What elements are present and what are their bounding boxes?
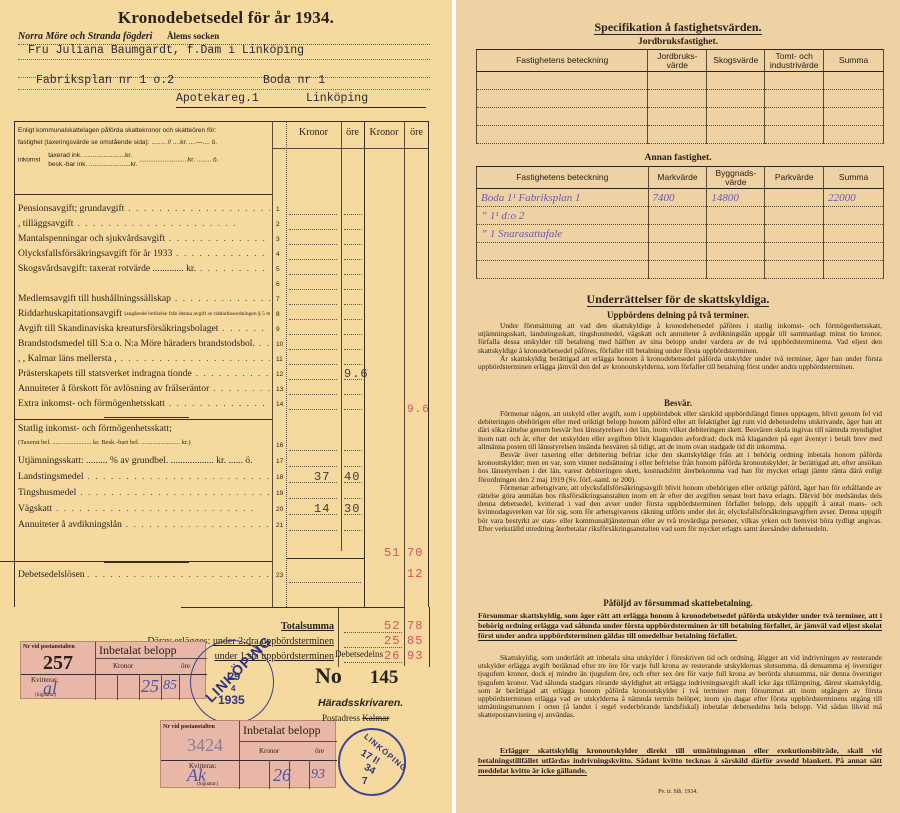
col-designation: Fastighetens beteckning (477, 167, 649, 189)
item-label: Mantalspenningar och sjukvårdsavgift (18, 233, 165, 244)
taxpayer-name: Fru Juliana Baumgardt, f.Dam i Linköping (18, 44, 430, 60)
item-ore: 40 (344, 470, 360, 484)
item-number: 21 (276, 522, 286, 529)
item-label: Riddarhuskapitationsavgift (18, 308, 122, 319)
paragraph: Förmenar någon, att utskyld eller avgift… (478, 410, 882, 451)
address-line-2: Apotekareg.1 Linköping (176, 92, 426, 108)
item-row: Landstingsmedel . . . . . . . . . . . . … (18, 471, 270, 486)
subtotal-1: 9.6 (407, 404, 430, 416)
address-city: Linköping (306, 92, 368, 105)
slip-post-no-label: Nr vid postanstalten (23, 644, 75, 650)
item-number: 8 (276, 311, 286, 318)
item-row: Olycksfallsförsäkringsavgift för år 1933… (18, 248, 270, 263)
col-land-value: Markvärde (648, 167, 707, 189)
slip-amount-kronor: 25 (141, 676, 159, 697)
item-row: Annuiteter å avdikningslån . . . . . . .… (18, 519, 270, 534)
preamble-income: inkomst taxerad ink. ...................… (18, 151, 270, 169)
table-cell (824, 90, 884, 108)
table-cell (824, 261, 884, 279)
table-cell (648, 261, 707, 279)
table-cell (824, 72, 884, 90)
col-designation: Fastighetens beteckning (477, 50, 648, 72)
item-label: Avgift till Skandinaviska kreatursförsäk… (18, 323, 218, 334)
section-penalty-bold: Försummar skattskyldig, som äger rätt at… (478, 611, 882, 642)
income-tail: ...........................kr. ........ … (139, 157, 218, 164)
item-kronor: 14 (314, 502, 330, 516)
totalsumma-text: Totalsumma (281, 621, 334, 632)
table-cell (477, 108, 648, 126)
item-row: Skogsvårdsavgift: taxerat rotvärde .....… (18, 263, 270, 278)
table-cell (648, 126, 707, 144)
item-row: Utjämningsskatt: ......... % av grundbel… (18, 455, 270, 470)
item-label: Brandstodsmedel till S:a o. N:a Möre här… (18, 338, 255, 349)
item-number: 1 (276, 206, 286, 213)
slip-kronor-label: Kronor (259, 747, 279, 755)
preamble: Enligt kommunalskattelagen påförda skatt… (18, 125, 270, 169)
item-label: Prästerskapets till statsverket indragna… (18, 368, 192, 379)
income-label: inkomst (18, 157, 40, 164)
debetsedel-caption: Debetsedelns (335, 649, 383, 659)
item-number: 9 (276, 326, 286, 333)
printer-footer: Pv. tr. Sth. 1934. (456, 789, 900, 795)
slip-number: 3424 (187, 735, 223, 756)
slip-post-no-label: Nr vid postanstalten (163, 724, 215, 730)
stamp-month: 4 (231, 684, 235, 693)
item-number: 2 (276, 221, 286, 228)
table-row (477, 126, 884, 144)
item-number: 6 (276, 281, 286, 288)
header-ore-2: öre (404, 127, 429, 138)
postal-address-label: Postadress (322, 713, 360, 723)
table-cell (765, 126, 824, 144)
debetsedelslosen-ore: 12 (407, 567, 423, 581)
agri-property-table: Fastighetens beteckning Jordbruks-värde … (476, 49, 884, 144)
postal-address: Postadress Kalmar (322, 713, 389, 723)
stamp-number: 7 (362, 776, 368, 787)
table-cell: 22000 (824, 189, 884, 207)
col-park-value: Parkvärde (765, 167, 824, 189)
col-forest-value: Skogsvärde (707, 50, 765, 72)
preamble-line-2: fastighet (taxeringsvärde se omstående s… (18, 137, 270, 149)
item-number: 7 (276, 296, 286, 303)
item-row: Prästerskapets till statsverket indragna… (18, 368, 270, 383)
paragraph: Är skattskyldig berättigad att erlägga h… (478, 355, 882, 371)
item-number: 10 (276, 341, 286, 348)
item-row: , , Kalmar läns mellersta , . . . . . . … (18, 353, 270, 368)
preamble-line-1: Enligt kommunalskattelagen påförda skatt… (18, 125, 270, 137)
item-state-tax-heading: Statlig inkomst- och förmögenhetsskatt; (18, 423, 270, 438)
number-symbol: No (315, 663, 342, 688)
issuer-title: Häradsskrivaren. (318, 697, 403, 709)
item-number: 11 (276, 356, 286, 363)
district-line: Norra Möre och Stranda fögderi Ålems soc… (18, 31, 430, 45)
notice-title: Underrättelser för de skattskyldiga. (456, 292, 900, 307)
section-terms-body: Under förutsättning att vad den skattsky… (478, 322, 882, 371)
item-number: 23 (276, 572, 286, 579)
table-cell (477, 261, 649, 279)
slip-number: 257 (43, 652, 73, 675)
item-note: (angående befrielse från denna avgift se… (124, 311, 270, 317)
table-cell (765, 189, 824, 207)
slip-ore-label: öre (315, 747, 324, 755)
totalsumma-label: Totalsumma (164, 621, 334, 632)
agri-heading: Jordbruksfastighet. (456, 37, 900, 47)
item-row: Medlemsavgift till hushållningssällskap … (18, 293, 270, 308)
penalty-bold-text: Försummar skattskyldig, som äger rätt at… (478, 611, 882, 641)
table-cell (707, 261, 765, 279)
item-label: Tingshusmedel (18, 487, 76, 498)
subtotal-2-ore: 70 (407, 546, 423, 560)
table-cell (765, 243, 824, 261)
payment-slip-2: Nr vid postanstalten Inbetalat belopp 34… (160, 720, 336, 788)
item-ore: 9.6 (344, 367, 369, 381)
table-cell (648, 207, 707, 225)
address-property: Fabriksplan nr 1 o.2 (36, 74, 174, 87)
slip-amount-kronor: 26 (273, 765, 291, 786)
table-cell (824, 207, 884, 225)
table-cell (648, 243, 707, 261)
item-row: Brandstodsmedel till S:a o. N:a Möre här… (18, 338, 270, 353)
col-sum: Summa (824, 167, 884, 189)
item-number: 17 (276, 458, 286, 465)
section-receipt-bold: Erlägger skattskyldig kronoutskylder dir… (478, 746, 882, 777)
slip-amount-ore: 93 (311, 767, 325, 783)
slip-ore-label: öre (181, 662, 190, 670)
table-cell (765, 90, 824, 108)
paragraph: Förmenar arbetsgivare, att olycksfallsfö… (478, 484, 882, 533)
district: Norra Möre och Stranda fögderi (18, 31, 152, 42)
tax-bill-front-page: Kronodebetsedel för år 1934. Norra Möre … (0, 0, 452, 813)
slip-kronor-label: Kronor (113, 662, 133, 670)
item-row: (Taxerat bel. ........................ k… (18, 439, 270, 454)
address-line-1: Fabriksplan nr 1 o.2 Boda nr 1 (18, 74, 430, 90)
item-label: Medlemsavgift till hushållningssällskap (18, 293, 171, 304)
item-label: Pensionsavgift; grundavgift (18, 203, 124, 214)
table-cell (765, 225, 824, 243)
paragraph: Under förutsättning att vad den skattsky… (478, 322, 882, 355)
payment-slip-1: Nr vid postanstalten Inbetalat belopp 25… (20, 641, 206, 699)
table-cell (477, 72, 648, 90)
table-cell (765, 72, 824, 90)
item-label: Olycksfallsförsäkringsavgift för år 1933 (18, 248, 172, 259)
slip-signature-label: (Signatur.) (35, 693, 56, 698)
table-row: ” 1 Snarasattafale (477, 225, 884, 243)
item-row: Avgift till Skandinaviska kreatursförsäk… (18, 323, 270, 338)
section-penalty-title: Påföljd av försummad skattebetalning. (456, 598, 900, 608)
header-ore-1: öre (341, 127, 364, 138)
notice-title-text: Underrättelser för de skattskyldiga. (587, 292, 770, 307)
item-number: 16 (276, 442, 286, 449)
section-penalty-body: Skattskyldig, som underlåtit att inbetal… (478, 654, 882, 720)
table-cell (477, 243, 649, 261)
tax-bill-back-page: Specifikation å fastighetsvärden. Jordbr… (456, 0, 900, 813)
col-sum: Summa (824, 50, 884, 72)
table-cell (648, 108, 707, 126)
table-cell: Boda 1¹ Fabriksplan 1 (477, 189, 649, 207)
table-cell (765, 261, 824, 279)
item-label: Extra inkomst- och förmögenhetsskatt (18, 398, 165, 409)
item-number: 20 (276, 506, 286, 513)
item-row: Annuiteter å förskott för avlösning av f… (18, 383, 270, 398)
table-row (477, 261, 884, 279)
term-1-kronor: 26 (384, 649, 400, 663)
item-label: (Taxerat bel. ........................ k… (18, 439, 191, 446)
slip-paid-amount-label: Inbetalat belopp (99, 643, 177, 658)
paragraph: Besvär över taxering eller debitering be… (478, 451, 882, 484)
slip-amount-ore: 85 (163, 678, 177, 694)
totalsumma-ore: 78 (407, 619, 423, 633)
table-row: ” 1¹ d:o 2 (477, 207, 884, 225)
header-kronor-1: Kronor (286, 127, 341, 138)
item-row (18, 278, 270, 293)
item-row: Pensionsavgift; grundavgift . . . . . . … (18, 203, 270, 218)
item-number: 13 (276, 386, 286, 393)
table-cell (765, 207, 824, 225)
col-plot-value: Tomt- och industrivärde (765, 50, 824, 72)
item-number: 5 (276, 266, 286, 273)
table-cell (824, 243, 884, 261)
table-row: Boda 1¹ Fabriksplan 174001480022000 (477, 189, 884, 207)
item-number: 19 (276, 490, 286, 497)
other-heading: Annan fastighet. (456, 153, 900, 163)
table-cell: 14800 (707, 189, 765, 207)
item-label: Debetsedelslösen (18, 569, 85, 580)
item-row: Extra inkomst- och förmögenhetsskatt . .… (18, 398, 270, 413)
specification-title: Specifikation å fastighetsvärden. (456, 20, 900, 35)
table-cell (707, 72, 765, 90)
table-cell (824, 108, 884, 126)
table-row (477, 108, 884, 126)
taxable-income: besk.-bar ink. .......................kr… (48, 160, 137, 169)
item-label: Annuiteter å förskott för avlösning av f… (18, 383, 209, 394)
item-label: Skogsvårdsavgift: taxerat rotvärde .....… (18, 263, 196, 274)
item-label: , , Kalmar läns mellersta , (18, 353, 117, 364)
term-2-ore: 85 (407, 634, 423, 648)
stamp-year: 1935 (218, 693, 245, 707)
item-label: , tilläggsavgift (18, 218, 73, 229)
table-row (477, 72, 884, 90)
section-appeal-title: Besvär. (456, 398, 900, 408)
item-row: , tilläggsavgift . . . . . . . . . . . .… (18, 218, 270, 233)
receipt-bold-text: Erlägger skattskyldig kronoutskylder dir… (478, 746, 882, 776)
item-ore: 30 (344, 502, 360, 516)
table-cell (648, 72, 707, 90)
tax-form-table: Kronor öre Kronor öre Enligt kommunalska… (14, 121, 434, 619)
table-row (477, 243, 884, 261)
table-cell (824, 225, 884, 243)
col-building-value: Byggnads-värde (707, 167, 765, 189)
address-estate: Boda nr 1 (263, 74, 325, 87)
slip-paid-amount-label: Inbetalat belopp (243, 723, 321, 738)
subtotal-2-kronor: 51 (384, 546, 400, 560)
table-cell (707, 243, 765, 261)
col-agri-value: Jordbruks-värde (648, 50, 707, 72)
header-kronor-2: Kronor (364, 127, 404, 138)
item-row: Mantalspenningar och sjukvårdsavgift . .… (18, 233, 270, 248)
specification-title-text: Specifikation å fastighetsvärden. (594, 20, 761, 35)
section-terms-title: Uppbördens delning på två terminer. (456, 310, 900, 320)
number-value: 145 (370, 667, 399, 688)
postmark-stamp-2: LINKÖPING 17 I! 34 7 (338, 728, 406, 796)
table-cell (707, 90, 765, 108)
totalsumma-kronor: 52 (384, 619, 400, 633)
item-number: 12 (276, 371, 286, 378)
postmark-stamp-1: LINKÖPING 29 4 1935 (190, 640, 274, 724)
item-row: Riddarhuskapitationsavgift (angående bef… (18, 308, 270, 323)
term-2-kronor: 25 (384, 634, 400, 648)
table-cell: 7400 (648, 189, 707, 207)
slip-signature-label: (Signatur.) (197, 782, 218, 787)
item-label: Landstingsmedel (18, 471, 84, 482)
table-cell (824, 126, 884, 144)
taxed-income: taxerad ink. .......................kr. (48, 151, 137, 160)
address-street: Apotekareg.1 (176, 92, 259, 105)
table-cell: ” 1¹ d:o 2 (477, 207, 649, 225)
table-cell: ” 1 Snarasattafale (477, 225, 649, 243)
item-label: Vägskatt (18, 503, 52, 514)
postal-address-struck: Kalmar (362, 713, 389, 723)
document-title: Kronodebetsedel för år 1934. (0, 8, 452, 28)
section-appeal-body: Förmenar någon, att utskyld eller avgift… (478, 410, 882, 533)
table-cell (477, 126, 648, 144)
other-property-table: Fastighetens beteckning Markvärde Byggna… (476, 166, 884, 279)
table-cell (648, 225, 707, 243)
term-1-ore: 93 (407, 649, 423, 663)
item-kronor: 37 (314, 470, 330, 484)
table-cell (648, 90, 707, 108)
table-row (477, 90, 884, 108)
paragraph: Skattskyldig, som underlåtit att inbetal… (478, 654, 882, 720)
table-cell (707, 126, 765, 144)
item-label: Utjämningsskatt: ......... % av grundbel… (18, 455, 253, 466)
item-row: Vägskatt . . . . . . . . . . . . . . . .… (18, 503, 270, 518)
parish: Ålems socken (167, 31, 219, 41)
item-label: Annuiteter å avdikningslån (18, 519, 122, 530)
item-number: 4 (276, 251, 286, 258)
table-cell (707, 225, 765, 243)
table-cell (477, 90, 648, 108)
item-row: Tingshusmedel . . . . . . . . . . . . . … (18, 487, 270, 502)
table-cell (707, 108, 765, 126)
debetsedel-number: No145 (315, 663, 398, 689)
table-cell (765, 108, 824, 126)
stamp-day: 29 (228, 671, 240, 683)
item-number: 18 (276, 474, 286, 481)
item-debetsedelslosen: Debetsedelslösen . . . . . . . . . . . .… (18, 569, 270, 584)
table-cell (707, 207, 765, 225)
item-number: 14 (276, 401, 286, 408)
item-number: 3 (276, 236, 286, 243)
